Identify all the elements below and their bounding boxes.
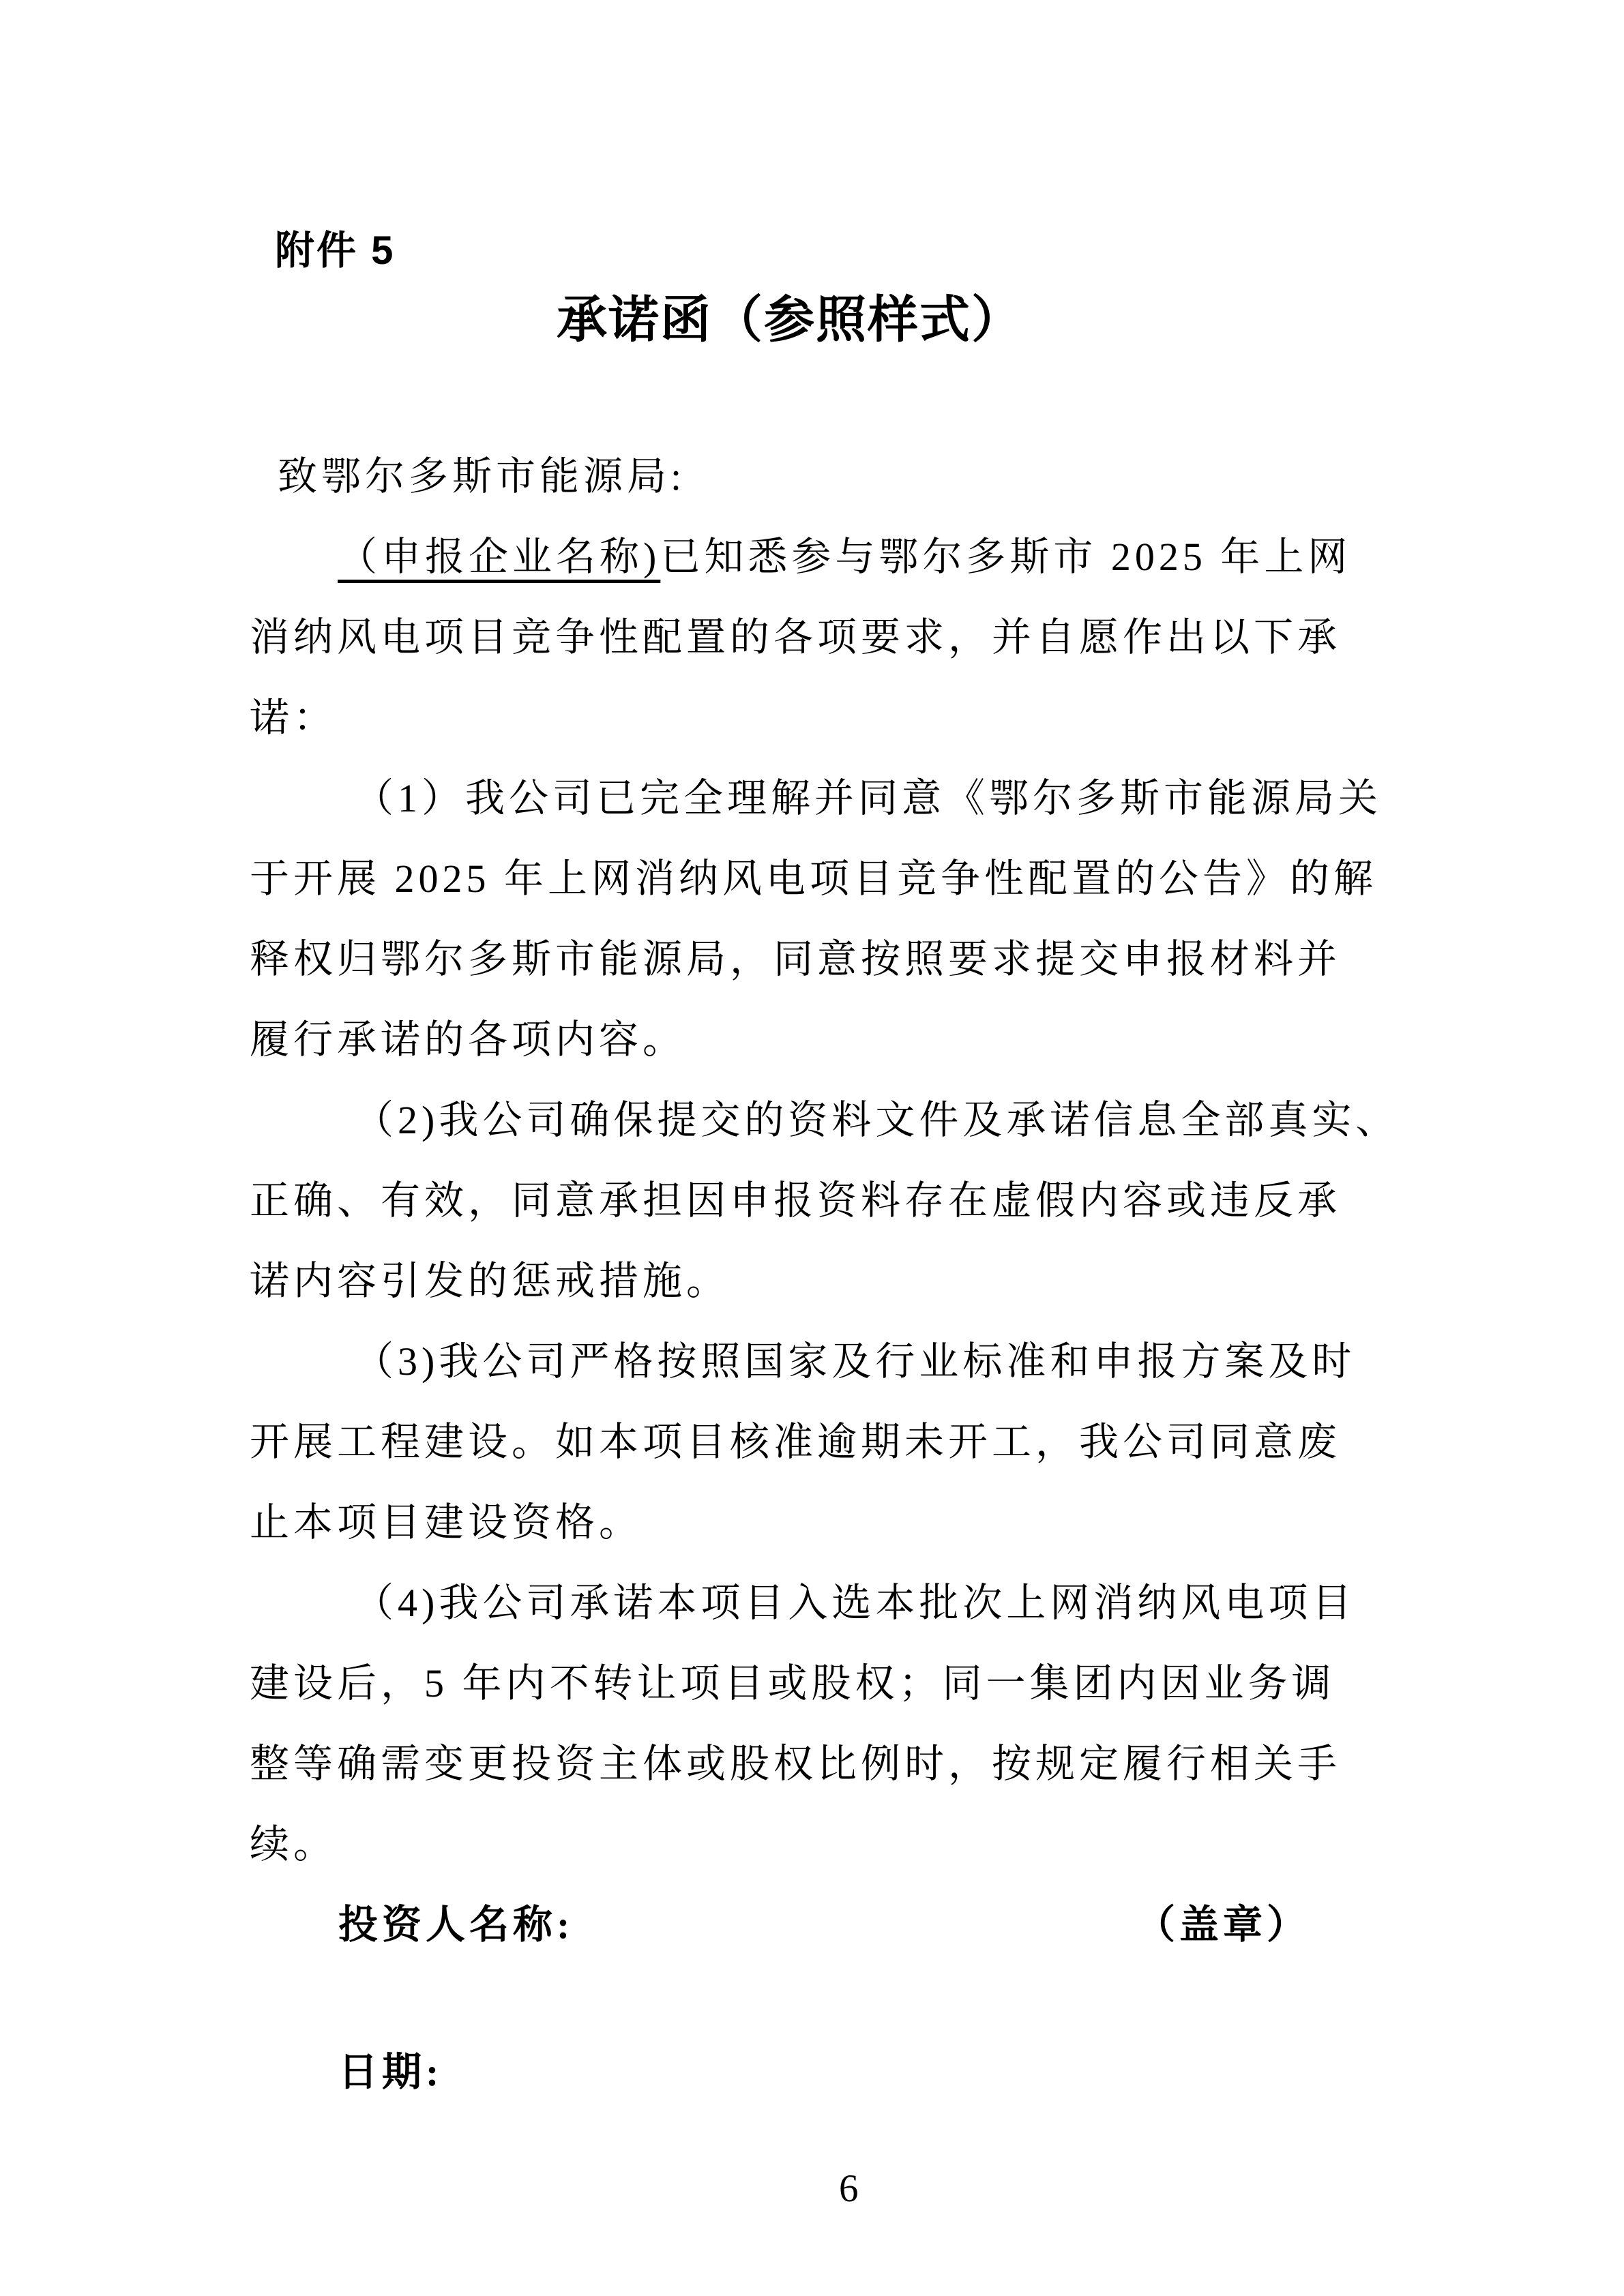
body-line: （3)我公司严格按照国家及行业标准和申报方案及时: [250, 1322, 1337, 1402]
body-line: 正确、有效，同意承担因申报资料存在虚假内容或违反承: [250, 1161, 1337, 1241]
date-label: 日期:: [338, 2032, 443, 2113]
body-line-text: 已知悉参与鄂尔多斯市 2025 年上网: [660, 535, 1351, 579]
body-line: 释权归鄂尔多斯市能源局，同意按照要求提交申报材料并: [250, 919, 1337, 1000]
body-line: （申报企业名称)已知悉参与鄂尔多斯市 2025 年上网: [250, 517, 1337, 597]
investor-name-label: 投资人名称:: [338, 1903, 574, 1947]
seal-label: （盖章）: [1136, 1885, 1310, 1965]
body-line: （4)我公司承诺本项目入选本批次上网消纳风电项目: [250, 1563, 1337, 1643]
body-line: 止本项目建设资格。: [250, 1482, 1337, 1563]
document-page: 附件 5 承诺函（参照样式） 致鄂尔多斯市能源局: （申报企业名称)已知悉参与鄂…: [0, 0, 1624, 2296]
document-title: 承诺函（参照样式）: [250, 280, 1330, 352]
document-body: 致鄂尔多斯市能源局: （申报企业名称)已知悉参与鄂尔多斯市 2025 年上网 消…: [250, 436, 1337, 1965]
page-number: 6: [839, 2149, 859, 2229]
body-line: 整等确需变更投资主体或股权比例时，按规定履行相关手: [250, 1724, 1337, 1804]
signature-line: 投资人名称: （盖章）: [250, 1885, 1337, 1965]
body-line: 消纳风电项目竞争性配置的各项要求，并自愿作出以下承: [250, 597, 1337, 678]
body-line: 履行承诺的各项内容。: [250, 1000, 1337, 1080]
body-line: （1）我公司已完全理解并同意《鄂尔多斯市能源局关: [250, 758, 1337, 839]
salutation-line: 致鄂尔多斯市能源局:: [250, 436, 1337, 517]
body-line: 续。: [250, 1804, 1337, 1885]
company-name-blank: （申报企业名称): [338, 535, 660, 579]
body-line: 开展工程建设。如本项目核准逾期未开工，我公司同意废: [250, 1402, 1337, 1482]
body-line: 诺：: [250, 678, 1337, 758]
body-line: 诺内容引发的惩戒措施。: [250, 1241, 1337, 1322]
body-line: （2)我公司确保提交的资料文件及承诺信息全部真实、: [250, 1080, 1337, 1161]
attachment-label: 附件 5: [275, 218, 395, 275]
body-line: 于开展 2025 年上网消纳风电项目竞争性配置的公告》的解: [250, 839, 1337, 919]
body-line: 建设后，5 年内不转让项目或股权；同一集团内因业务调: [250, 1643, 1337, 1724]
